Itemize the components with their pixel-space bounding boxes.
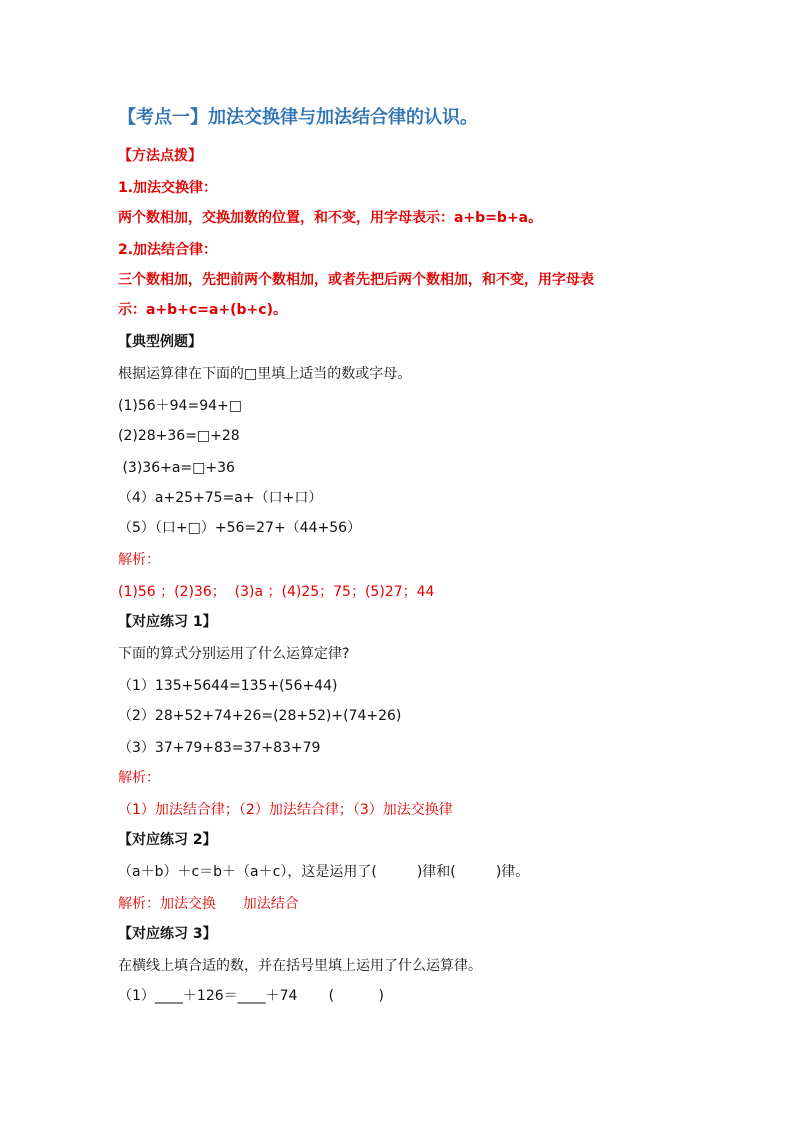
law1-title: 1.加法交换律： — [118, 178, 217, 198]
practice1-prompt: 下面的算式分别运用了什么运算定律? — [118, 644, 349, 664]
method-heading: 【方法点拨】 — [118, 146, 202, 166]
section-title: 【考点一】加法交换律与加法结合律的认识。 — [118, 106, 478, 130]
example-prompt: 根据运算律在下面的□里填上适当的数或字母。 — [118, 364, 411, 384]
law2-title: 2.加法结合律： — [118, 240, 217, 260]
practice1-item-2: （2）28+52+74+26=(28+52)+(74+26) — [118, 706, 401, 726]
example-item-4: （4）a+25+75=a+（口+口） — [118, 488, 322, 508]
law2-text-line1: 三个数相加，先把前两个数相加，或者先把后两个数相加，和不变，用字母表 — [118, 270, 594, 290]
practice2-analysis: 解析：加法交换 加法结合 — [118, 894, 299, 914]
example-item-1: (1)56＋94=94+□ — [118, 396, 242, 416]
practice3-item-1: （1）____＋126＝____＋74 ( ) — [118, 986, 384, 1006]
practice1-heading: 【对应练习 1】 — [118, 612, 217, 632]
practice3-heading: 【对应练习 3】 — [118, 924, 217, 944]
document-page: 【考点一】加法交换律与加法结合律的认识。 【方法点拨】 1.加法交换律： 两个数… — [0, 0, 793, 1122]
practice2-question: （a＋b）＋c＝b＋（a＋c），这是运用了( )律和( )律。 — [118, 862, 529, 882]
practice1-item-1: （1）135+5644=135+(56+44) — [118, 676, 337, 696]
practice1-analysis: （1）加法结合律；（2）加法结合律；（3）加法交换律 — [118, 800, 453, 820]
practice3-prompt: 在横线上填合适的数，并在括号里填上运用了什么运算律。 — [118, 956, 482, 976]
example-item-3: (3)36+a=□+36 — [118, 458, 235, 478]
example-item-2: (2)28+36=□+28 — [118, 426, 240, 446]
example-heading: 【典型例题】 — [118, 332, 202, 352]
practice2-heading: 【对应练习 2】 — [118, 830, 217, 850]
example-analysis-label: 解析： — [118, 550, 160, 570]
practice1-analysis-label: 解析： — [118, 768, 160, 788]
practice1-item-3: （3）37+79+83=37+83+79 — [118, 738, 320, 758]
law2-text-line2: 示：a+b+c=a+(b+c)。 — [118, 300, 287, 320]
example-item-5: （5）（口+□）+56=27+（44+56） — [118, 518, 361, 538]
law1-text: 两个数相加，交换加数的位置，和不变，用字母表示：a+b=b+a。 — [118, 208, 542, 228]
example-analysis: (1)56 ；(2)36； (3)a ；(4)25；75；(5)27；44 — [118, 582, 434, 602]
